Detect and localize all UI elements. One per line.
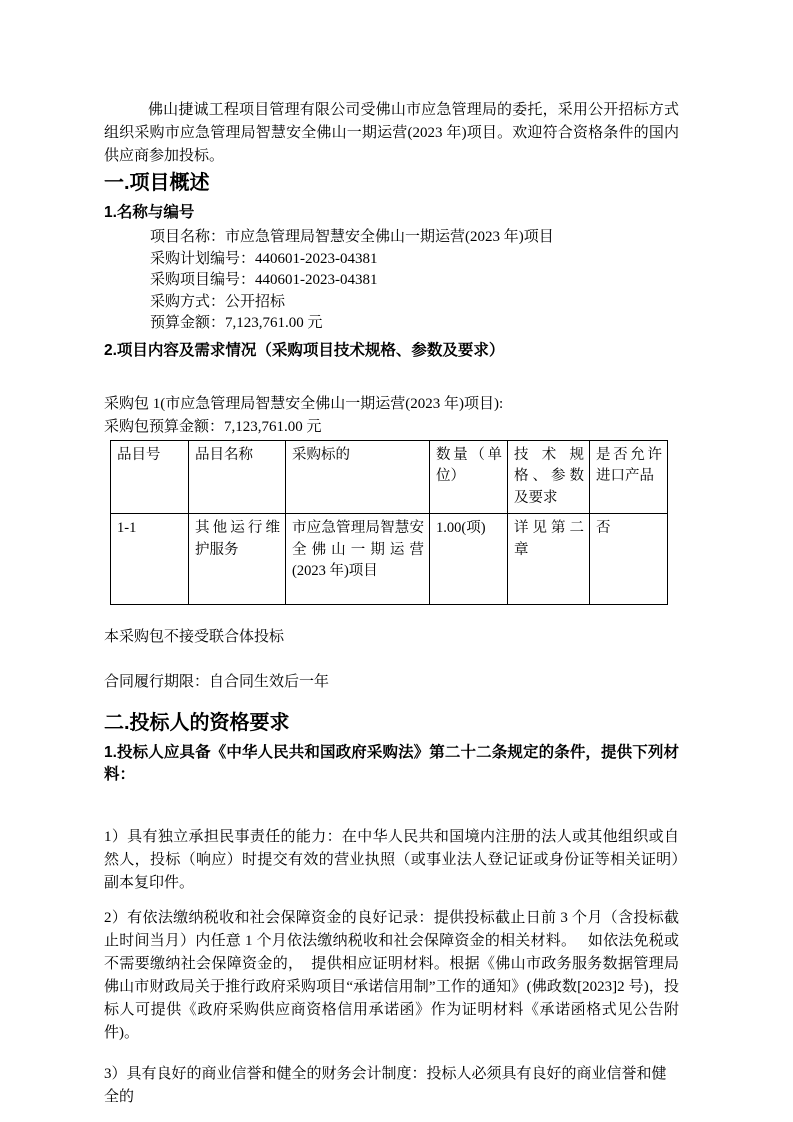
field-value: 7,123,761.00 元 [225,315,323,331]
field-project-number: 采购项目编号：440601-2023-04381 [150,270,679,292]
consortium-note: 本采购包不接受联合体投标 [104,626,679,649]
header-item-no: 品目号 [111,440,189,514]
field-value: 市应急管理局智慧安全佛山一期运营(2023 年)项目 [225,229,554,245]
contract-term-value: 自合同生效后一年 [209,674,329,690]
header-item-name: 品目名称 [189,440,286,514]
header-spec: 技术规格、参数及要求 [508,440,590,514]
qualification-item-1: 1）具有独立承担民事责任的能力：在中华人民共和国境内注册的法人或其他组织或自然人… [104,826,679,895]
package-budget-value: 7,123,761.00 元 [224,419,322,435]
project-fields: 项目名称：市应急管理局智慧安全佛山一期运营(2023 年)项目 采购计划编号：4… [104,227,679,335]
field-plan-number: 采购计划编号：440601-2023-04381 [150,249,679,271]
qualification-item-2: 2）有依法缴纳税收和社会保障资金的良好记录：提供投标截止日前 3 个月（含投标截… [104,907,679,1045]
cell-subject: 市应急管理局智慧安全佛山一期运营(2023 年)项目 [286,514,430,605]
subheading-project-content: 2.项目内容及需求情况（采购项目技术规格、参数及要求） [104,340,679,362]
package-title: 采购包 1(市应急管理局智慧安全佛山一期运营(2023 年)项目): [104,393,679,416]
cell-quantity: 1.00(项) [430,514,508,605]
document-page[interactable]: 佛山捷诚工程项目管理有限公司受佛山市应急管理局的委托，采用公开招标方式组织采购市… [0,0,793,1122]
field-procurement-method: 采购方式：公开招标 [150,292,679,314]
field-value: 440601-2023-04381 [255,272,378,288]
subheading-qualification-requirement: 1.投标人应具备《中华人民共和国政府采购法》第二十二条规定的条件，提供下列材料： [104,742,679,786]
package-budget-label: 采购包预算金额： [104,419,224,435]
table-header-row: 品目号 品目名称 采购标的 数量（单位） 技术规格、参数及要求 是否允许进口产品 [111,440,668,514]
cell-spec: 详见第二章 [508,514,590,605]
section-heading-overview: 一.项目概述 [104,170,679,197]
contract-term-label: 合同履行期限： [104,674,209,690]
header-import: 是否允许进口产品 [590,440,668,514]
field-label: 采购项目编号： [150,272,255,288]
contract-term-line: 合同履行期限：自合同生效后一年 [104,671,679,694]
cell-item-name: 其他运行维护服务 [189,514,286,605]
package-budget-line: 采购包预算金额：7,123,761.00 元 [104,416,679,439]
intro-paragraph: 佛山捷诚工程项目管理有限公司受佛山市应急管理局的委托，采用公开招标方式组织采购市… [104,99,679,168]
table-row: 1-1 其他运行维护服务 市应急管理局智慧安全佛山一期运营(2023 年)项目 … [111,514,668,605]
section-heading-qualification: 二.投标人的资格要求 [104,710,679,737]
cell-item-no: 1-1 [111,514,189,605]
header-quantity: 数量（单位） [430,440,508,514]
field-label: 项目名称： [150,229,225,245]
cell-import: 否 [590,514,668,605]
field-project-name: 项目名称：市应急管理局智慧安全佛山一期运营(2023 年)项目 [150,227,679,249]
items-table: 品目号 品目名称 采购标的 数量（单位） 技术规格、参数及要求 是否允许进口产品… [110,440,668,606]
qualification-item-3: 3）具有良好的商业信誉和健全的财务会计制度：投标人必须具有良好的商业信誉和健全的 [104,1063,679,1109]
field-label: 预算金额： [150,315,225,331]
field-value: 公开招标 [225,294,285,310]
field-label: 采购计划编号： [150,251,255,267]
field-value: 440601-2023-04381 [255,251,378,267]
field-budget-amount: 预算金额：7,123,761.00 元 [150,313,679,335]
header-subject: 采购标的 [286,440,430,514]
field-label: 采购方式： [150,294,225,310]
subheading-name-and-number: 1.名称与编号 [104,202,679,224]
